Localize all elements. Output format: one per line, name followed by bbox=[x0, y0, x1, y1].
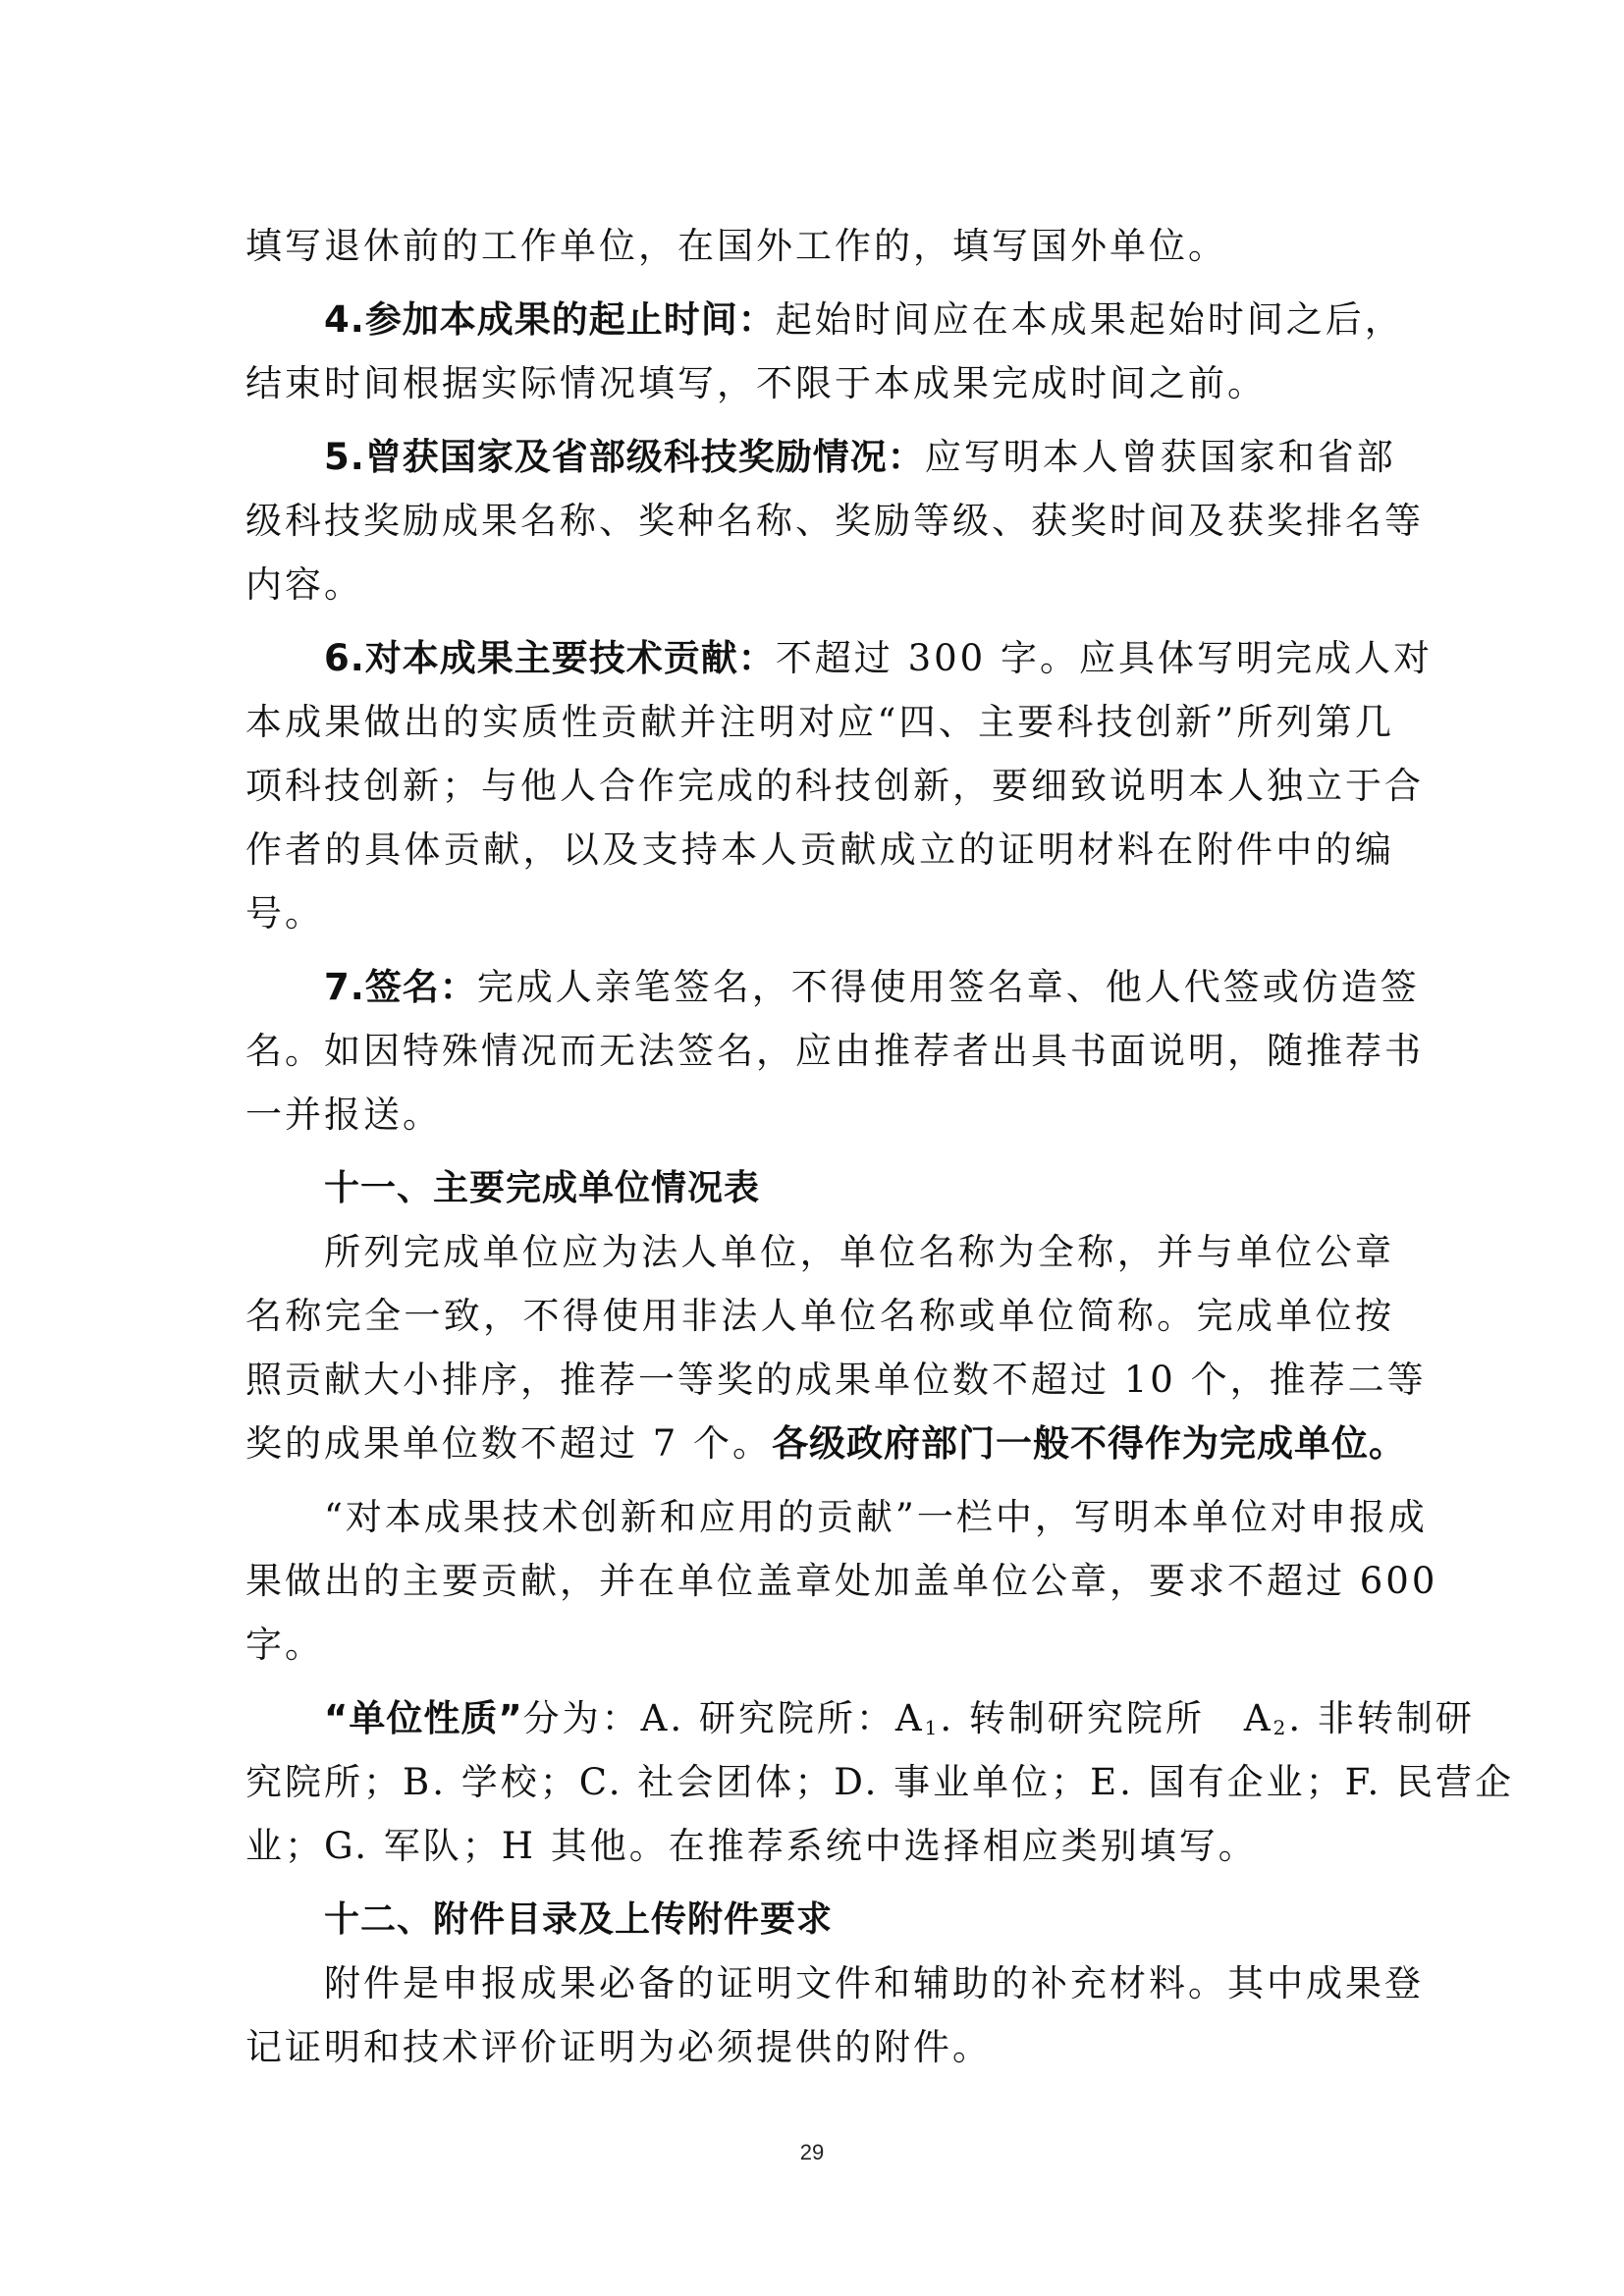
item-line: 名。如因特殊情况而无法签名，应由推荐者出具书面说明，随推荐书 bbox=[245, 1019, 1394, 1083]
paragraph-attachments: 附件是申报成果必备的证明文件和辅助的补充材料。其中成果登 记证明和技术评价证明为… bbox=[245, 1951, 1394, 2079]
item-line: 7.签名：完成人亲笔签名，不得使用签名章、他人代签或仿造签 bbox=[245, 955, 1394, 1019]
item-line: 级科技奖励成果名称、奖种名称、奖励等级、获奖时间及获奖排名等 bbox=[245, 489, 1394, 553]
paragraph-line: 字。 bbox=[245, 1613, 1394, 1677]
paragraph-line: 记证明和技术评价证明为必须提供的附件。 bbox=[245, 2015, 1394, 2079]
item-line: 作者的具体贡献，以及支持本人贡献成立的证明材料在附件中的编 bbox=[245, 818, 1394, 881]
paragraph-text: . 非转制研 bbox=[1288, 1697, 1475, 1739]
subscript: 1 bbox=[925, 1716, 941, 1739]
paragraph-text: . 转制研究院所 A bbox=[940, 1697, 1272, 1739]
paragraph-line: 名称完全一致，不得使用非法人单位名称或单位简称。完成单位按 bbox=[245, 1284, 1394, 1348]
item-7-signature: 7.签名：完成人亲笔签名，不得使用签名章、他人代签或仿造签 名。如因特殊情况而无… bbox=[245, 955, 1394, 1147]
item-line: 结束时间根据实际情况填写，不限于本成果完成时间之前。 bbox=[245, 351, 1394, 415]
section-heading-12: 十二、附件目录及上传附件要求 bbox=[245, 1888, 1394, 1951]
item-text: 起始时间应在本成果起始时间之后， bbox=[776, 298, 1404, 341]
section-heading-11: 十一、主要完成单位情况表 bbox=[245, 1156, 1394, 1220]
item-line: 项科技创新；与他人合作完成的科技创新，要细致说明本人独立于合 bbox=[245, 754, 1394, 818]
paragraph-line: 业；G. 军队；H 其他。在推荐系统中选择相应类别填写。 bbox=[245, 1814, 1394, 1878]
item-bold-label: 参加本成果的起止时间： bbox=[365, 298, 776, 341]
item-line: 一并报送。 bbox=[245, 1083, 1394, 1147]
item-line: 内容。 bbox=[245, 553, 1394, 616]
paragraph-continuation-line: 填写退休前的工作单位，在国外工作的，填写国外单位。 bbox=[245, 214, 1394, 278]
paragraph-line: “单位性质”分为：A. 研究院所：A1. 转制研究院所 A2. 非转制研 bbox=[245, 1686, 1394, 1750]
paragraph-contribution-column: “对本成果技术创新和应用的贡献”一栏中，写明本单位对申报成 果做出的主要贡献，并… bbox=[245, 1485, 1394, 1677]
paragraph-line: 奖的成果单位数不超过 7 个。各级政府部门一般不得作为完成单位。 bbox=[245, 1412, 1394, 1475]
item-line: 5.曾获国家及省部级科技奖励情况：应写明本人曾获国家和省部 bbox=[245, 425, 1394, 489]
document-page: 填写退休前的工作单位，在国外工作的，填写国外单位。 4.参加本成果的起止时间：起… bbox=[0, 0, 1624, 2296]
subscript: 2 bbox=[1273, 1716, 1289, 1739]
item-bold-label: 曾获国家及省部级科技奖励情况： bbox=[365, 436, 925, 478]
paragraph-line: 附件是申报成果必备的证明文件和辅助的补充材料。其中成果登 bbox=[245, 1951, 1394, 2015]
item-text: 不超过 300 字。应具体写明完成人对 bbox=[776, 637, 1433, 679]
page-body: 填写退休前的工作单位，在国外工作的，填写国外单位。 4.参加本成果的起止时间：起… bbox=[245, 214, 1394, 2079]
paragraph-bold-label: “单位性质” bbox=[324, 1697, 523, 1739]
paragraph-line: 照贡献大小排序，推荐一等奖的成果单位数不超过 10 个，推荐二等 bbox=[245, 1348, 1394, 1412]
item-number: 4. bbox=[324, 298, 365, 341]
item-bold-label: 签名： bbox=[365, 966, 477, 1008]
item-line: 4.参加本成果的起止时间：起始时间应在本成果起始时间之后， bbox=[245, 288, 1394, 351]
paragraph-line: 果做出的主要贡献，并在单位盖章处加盖单位公章，要求不超过 600 bbox=[245, 1549, 1394, 1613]
item-line: 本成果做出的实质性贡献并注明对应“四、主要科技创新”所列第几 bbox=[245, 690, 1394, 754]
paragraph-bold-note: 各级政府部门一般不得作为完成单位。 bbox=[772, 1422, 1406, 1465]
item-text: 应写明本人曾获国家和省部 bbox=[925, 436, 1396, 478]
item-6-contribution: 6.对本成果主要技术贡献：不超过 300 字。应具体写明完成人对 本成果做出的实… bbox=[245, 626, 1394, 945]
item-number: 6. bbox=[324, 637, 365, 679]
item-line: 6.对本成果主要技术贡献：不超过 300 字。应具体写明完成人对 bbox=[245, 626, 1394, 690]
item-number: 5. bbox=[324, 436, 365, 478]
page-number: 29 bbox=[0, 2140, 1624, 2165]
paragraph-text: 分为：A. 研究院所：A bbox=[523, 1697, 925, 1739]
paragraph-line: 所列完成单位应为法人单位，单位名称为全称，并与单位公章 bbox=[245, 1220, 1394, 1284]
item-4-start-time: 4.参加本成果的起止时间：起始时间应在本成果起始时间之后， 结束时间根据实际情况… bbox=[245, 288, 1394, 415]
item-number: 7. bbox=[324, 966, 365, 1008]
item-5-awards: 5.曾获国家及省部级科技奖励情况：应写明本人曾获国家和省部 级科技奖励成果名称、… bbox=[245, 425, 1394, 616]
paragraph-text: 奖的成果单位数不超过 7 个。 bbox=[245, 1422, 772, 1465]
item-line: 号。 bbox=[245, 881, 1394, 945]
item-bold-label: 对本成果主要技术贡献： bbox=[365, 637, 776, 679]
paragraph-completion-units: 所列完成单位应为法人单位，单位名称为全称，并与单位公章 名称完全一致，不得使用非… bbox=[245, 1220, 1394, 1475]
paragraph-line: 究院所；B. 学校；C. 社会团体；D. 事业单位；E. 国有企业；F. 民营企 bbox=[245, 1750, 1394, 1814]
item-text: 完成人亲笔签名，不得使用签名章、他人代签或仿造签 bbox=[477, 966, 1420, 1008]
paragraph-line: “对本成果技术创新和应用的贡献”一栏中，写明本单位对申报成 bbox=[245, 1485, 1394, 1549]
paragraph-unit-nature: “单位性质”分为：A. 研究院所：A1. 转制研究院所 A2. 非转制研 究院所… bbox=[245, 1686, 1394, 1878]
